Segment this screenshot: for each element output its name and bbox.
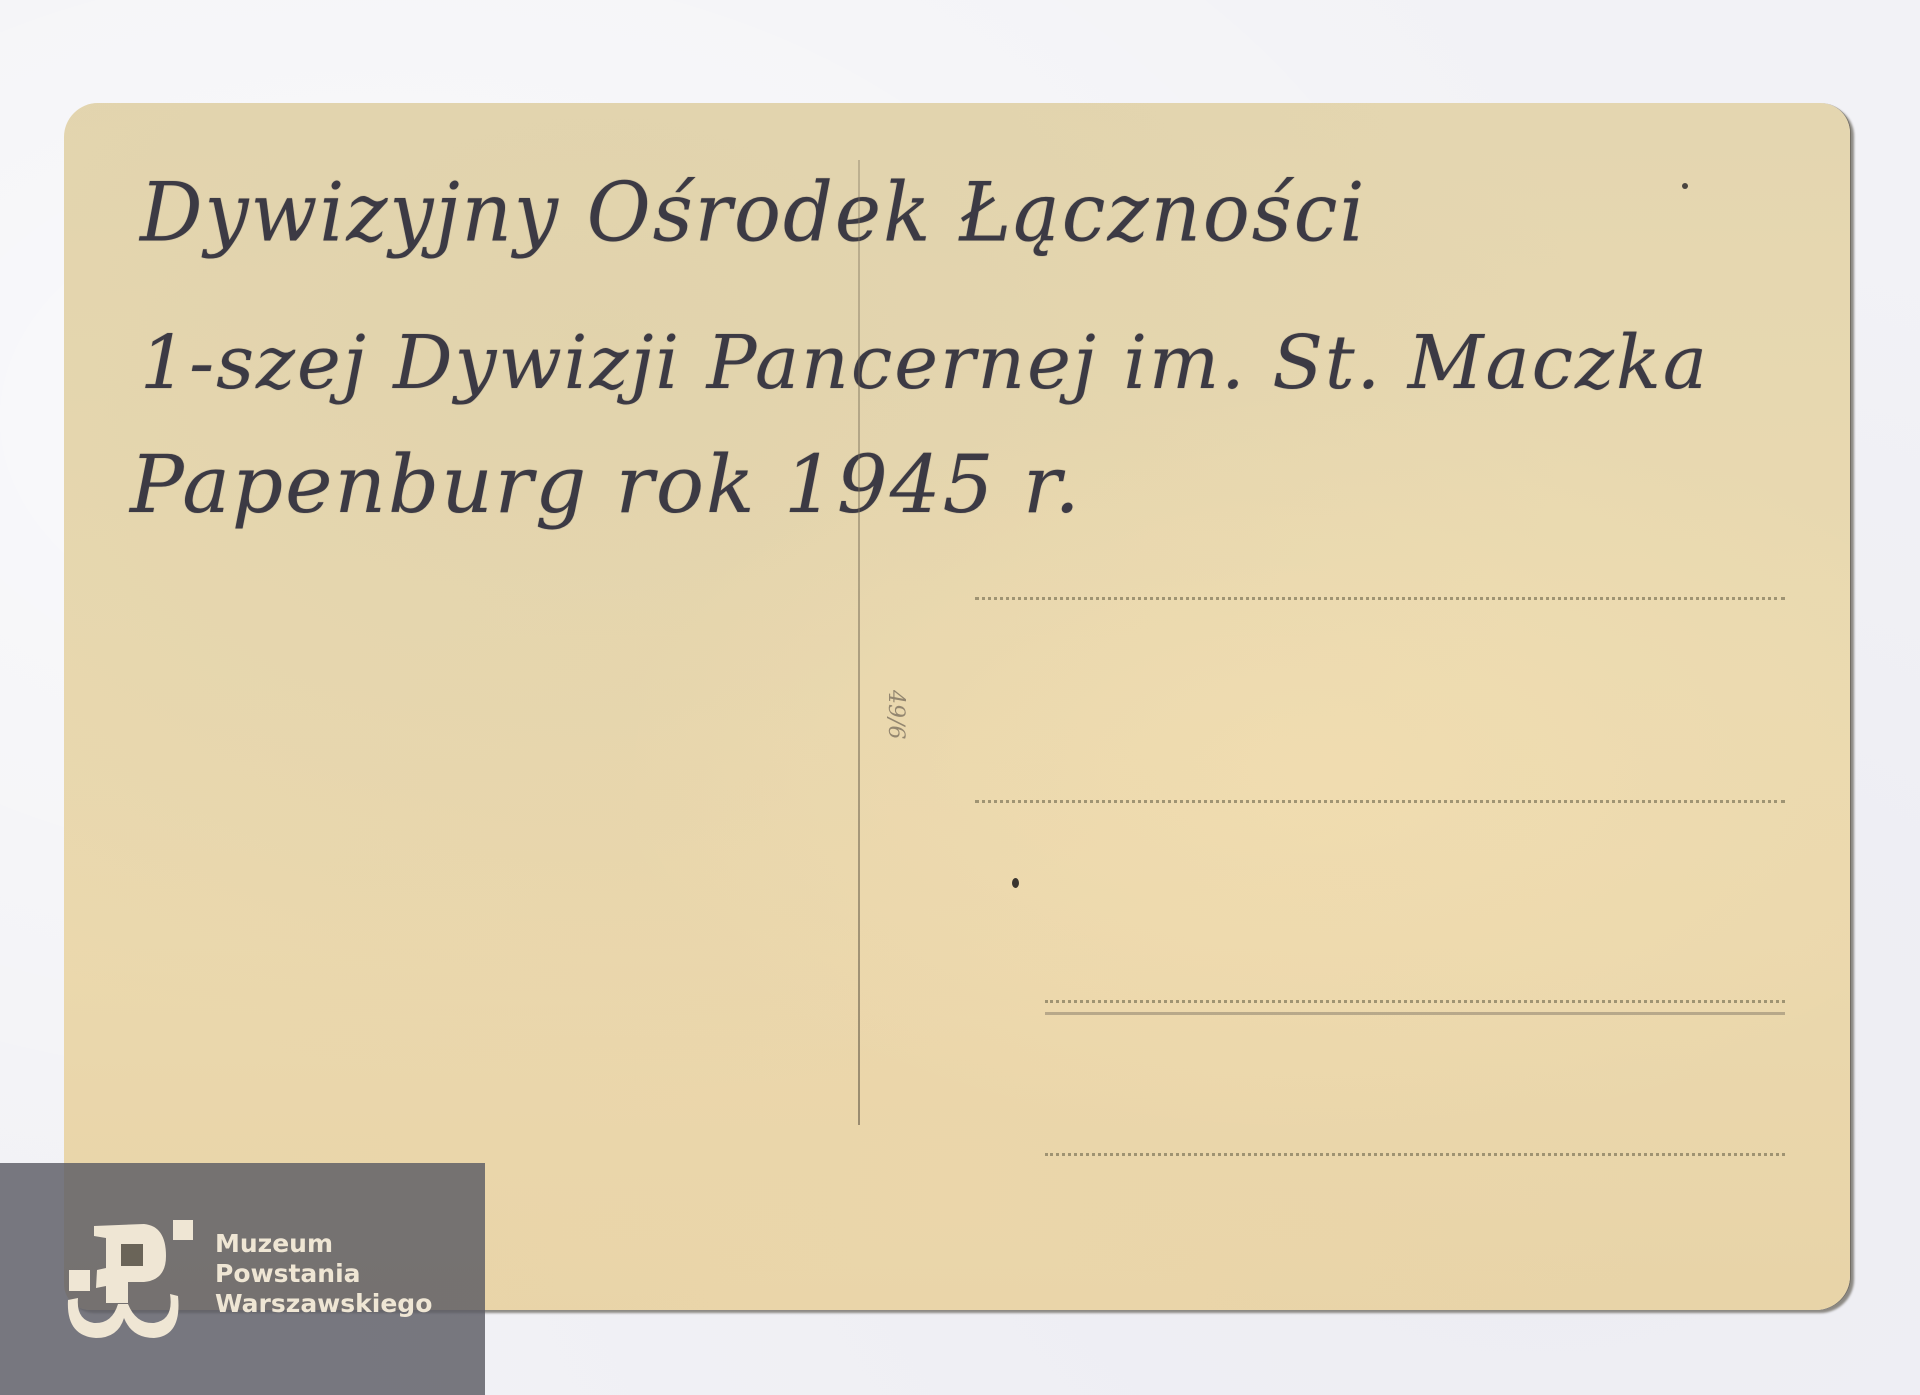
address-line-2 [975, 800, 1785, 803]
ink-spot [1682, 183, 1688, 189]
pencil-catalog-mark: 49/6 [883, 690, 908, 739]
address-line-4 [1045, 1153, 1785, 1156]
museum-name-line-1: Muzeum [215, 1229, 432, 1259]
address-line-1 [975, 597, 1785, 600]
center-divider-line [858, 160, 860, 1125]
address-line-3 [1045, 1000, 1785, 1003]
inscription-line-3: Papenburg rok 1945 r. [130, 438, 1082, 531]
museum-name: Muzeum Powstania Warszawskiego [215, 1229, 432, 1319]
museum-name-line-2: Powstania [215, 1259, 432, 1289]
kotwica-anchor-icon [66, 1208, 196, 1338]
postcard-back [64, 103, 1850, 1310]
ink-spot [1012, 878, 1019, 888]
inscription-line-1: Dywizyjny Ośrodek Łączności [140, 166, 1366, 261]
inscription-line-2: 1-szej Dywizji Pancernej im. St. Maczka [140, 320, 1709, 406]
museum-name-line-3: Warszawskiego [215, 1289, 432, 1319]
